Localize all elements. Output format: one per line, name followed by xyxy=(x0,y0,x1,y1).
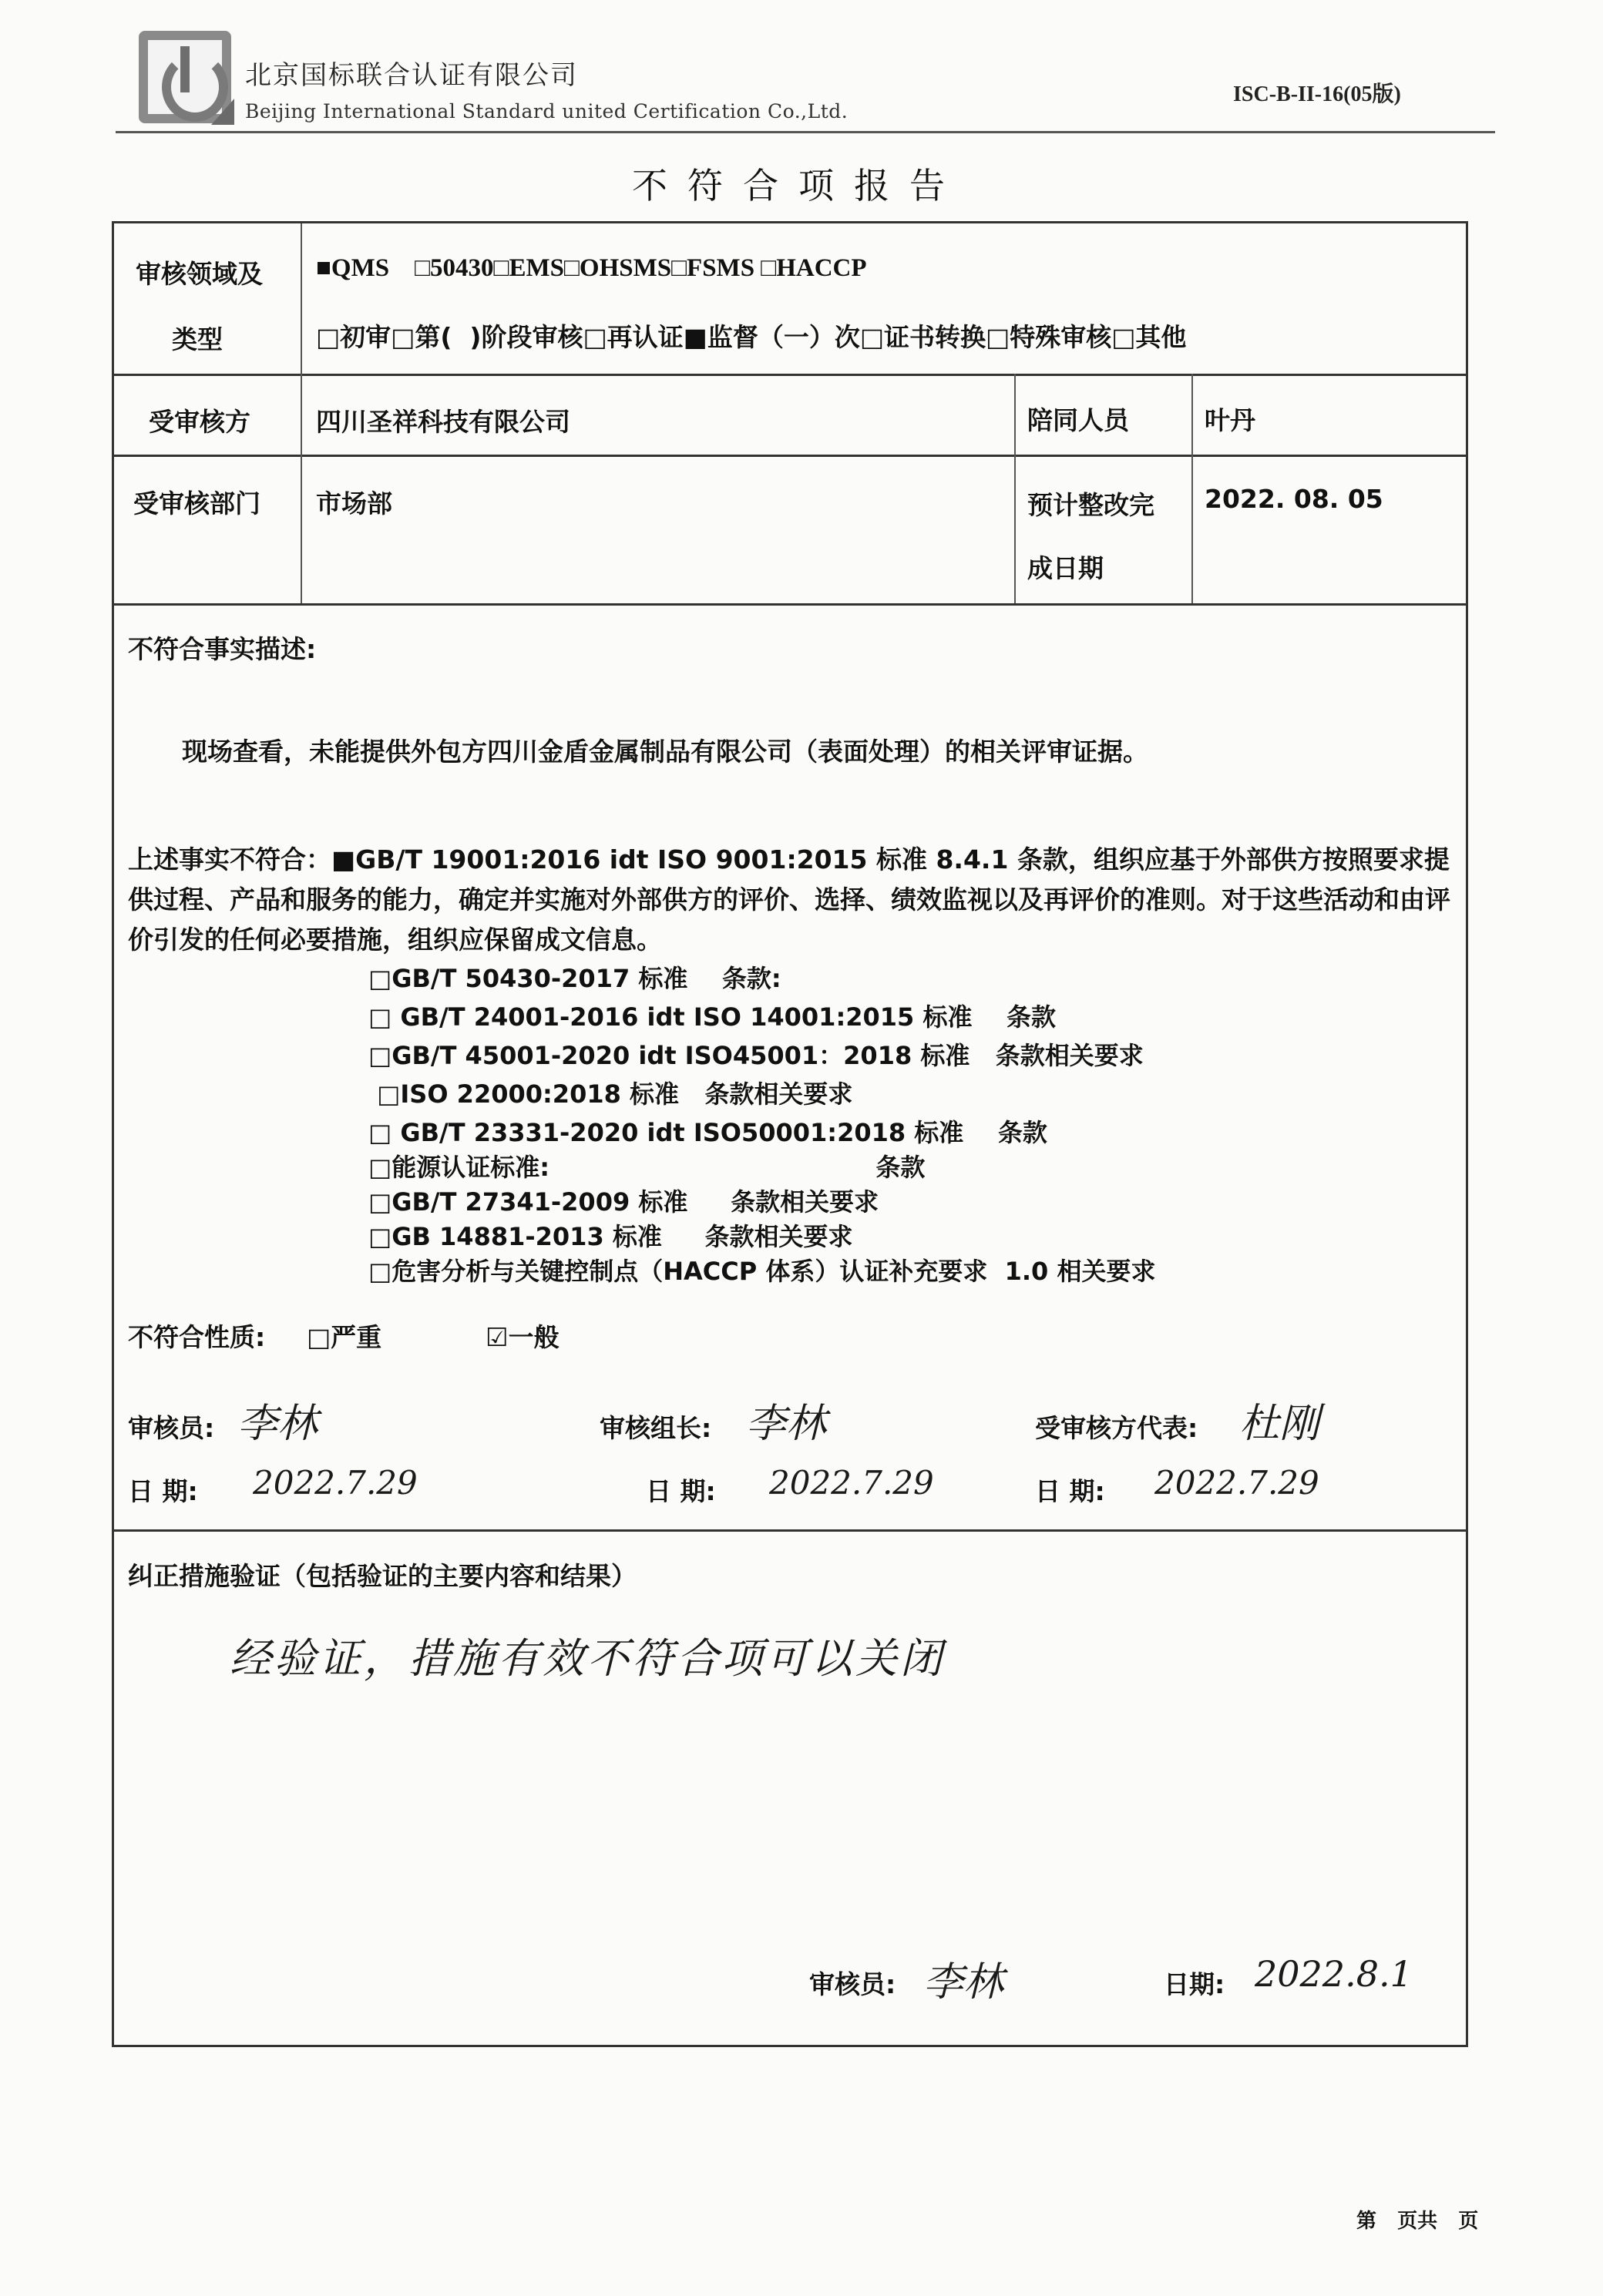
company-name-en: Beijing International Standard united Ce… xyxy=(245,100,848,123)
verification-auditor-label: 审核员: xyxy=(809,1965,896,2001)
nc-nature-serious-checkbox[interactable]: □严重 xyxy=(307,1318,381,1354)
standard-option[interactable]: □GB/T 45001-2020 idt ISO45001：2018 标准 条款… xyxy=(368,1036,1144,1072)
department-value: 市场部 xyxy=(316,484,392,520)
page-number: 第 页共 页 xyxy=(1356,2205,1478,2234)
auditee-label: 受审核方 xyxy=(149,402,250,438)
leader-label: 审核组长: xyxy=(600,1408,711,1445)
audit-scope-label-line2: 类型 xyxy=(172,320,223,356)
nc-nature-general-checkbox[interactable]: ☑一般 xyxy=(486,1318,560,1354)
standard-option[interactable]: □GB/T 27341-2009 标准 条款相关要求 xyxy=(368,1183,879,1218)
certification-logo-icon xyxy=(139,31,231,123)
verification-date-label: 日期: xyxy=(1164,1965,1225,2001)
audit-systems-checkboxes[interactable]: ■QMS □50430□EMS□OHSMS□FSMS □HACCP xyxy=(316,254,867,283)
auditor-date: 2022.7.29 xyxy=(253,1464,418,1502)
auditor-label: 审核员: xyxy=(128,1408,214,1445)
auditor-date-label: 日 期: xyxy=(128,1472,198,1508)
nc-description-text: 现场查看，未能提供外包方四川金盾金属制品有限公司（表面处理）的相关评审证据。 xyxy=(182,732,1148,768)
due-date-value: 2022. 08. 05 xyxy=(1205,484,1383,514)
auditor-signature: 李林 xyxy=(237,1391,318,1448)
document-code: ISC-B-II-16(05版) xyxy=(1233,77,1401,108)
row-divider xyxy=(114,1529,1466,1532)
standard-option[interactable]: □ GB/T 23331-2020 idt ISO50001:2018 标准 条… xyxy=(368,1113,1047,1149)
header-divider xyxy=(116,131,1495,133)
row-divider xyxy=(114,455,1466,457)
row-divider xyxy=(114,374,1466,376)
companion-value: 叶丹 xyxy=(1205,401,1255,437)
standard-option[interactable]: □ISO 22000:2018 标准 条款相关要求 xyxy=(368,1075,852,1110)
standard-option[interactable]: □GB/T 50430-2017 标准 条款: xyxy=(368,959,781,995)
standard-option[interactable]: □能源认证标准: 条款 xyxy=(368,1148,925,1183)
company-name-cn: 北京国标联合认证有限公司 xyxy=(245,54,578,92)
department-label: 受审核部门 xyxy=(133,484,260,520)
verification-label: 纠正措施验证（包括验证的主要内容和结果） xyxy=(128,1556,637,1593)
column-divider xyxy=(1014,374,1016,603)
due-date-label-line1: 预计整改完 xyxy=(1027,485,1154,522)
standard-option[interactable]: □危害分析与关键控制点（HACCP 体系）认证补充要求 1.0 相关要求 xyxy=(368,1252,1155,1287)
column-divider xyxy=(1191,374,1193,603)
report-form: 审核领域及 类型 ■QMS □50430□EMS□OHSMS□FSMS □HAC… xyxy=(112,221,1468,2047)
standard-option[interactable]: □GB 14881-2013 标准 条款相关要求 xyxy=(368,1217,853,1253)
due-date-label-line2: 成日期 xyxy=(1027,549,1104,585)
auditee-rep-signature: 杜刚 xyxy=(1239,1391,1319,1448)
row-divider xyxy=(114,603,1466,606)
verification-auditor-signature: 李林 xyxy=(923,1949,1003,2007)
page-title: 不符合项报告 xyxy=(632,158,965,209)
nc-clause-paragraph: 上述事实不符合：■GB/T 19001:2016 idt ISO 9001:20… xyxy=(128,840,1453,960)
verification-handwritten-text: 经验证，措施有效不符合项可以关闭 xyxy=(230,1626,945,1685)
companion-label: 陪同人员 xyxy=(1027,401,1129,437)
audit-scope-label-line1: 审核领域及 xyxy=(136,254,263,290)
leader-date-label: 日 期: xyxy=(646,1472,716,1508)
column-divider xyxy=(301,223,302,603)
auditee-value: 四川圣祥科技有限公司 xyxy=(316,402,570,438)
nc-nature-label: 不符合性质: xyxy=(128,1318,265,1354)
nc-description-label: 不符合事实描述: xyxy=(128,629,316,666)
audit-type-checkboxes[interactable]: □初审□第( )阶段审核□再认证■监督（一）次□证书转换□特殊审核□其他 xyxy=(316,317,1186,354)
standard-option[interactable]: □ GB/T 24001-2016 idt ISO 14001:2015 标准 … xyxy=(368,998,1056,1033)
leader-date: 2022.7.29 xyxy=(769,1464,934,1502)
verification-date: 2022.8.1 xyxy=(1255,1953,1413,1995)
rep-date-label: 日 期: xyxy=(1035,1472,1105,1508)
leader-signature: 李林 xyxy=(746,1391,826,1448)
rep-date: 2022.7.29 xyxy=(1154,1464,1319,1502)
auditee-rep-label: 受审核方代表: xyxy=(1035,1408,1198,1445)
